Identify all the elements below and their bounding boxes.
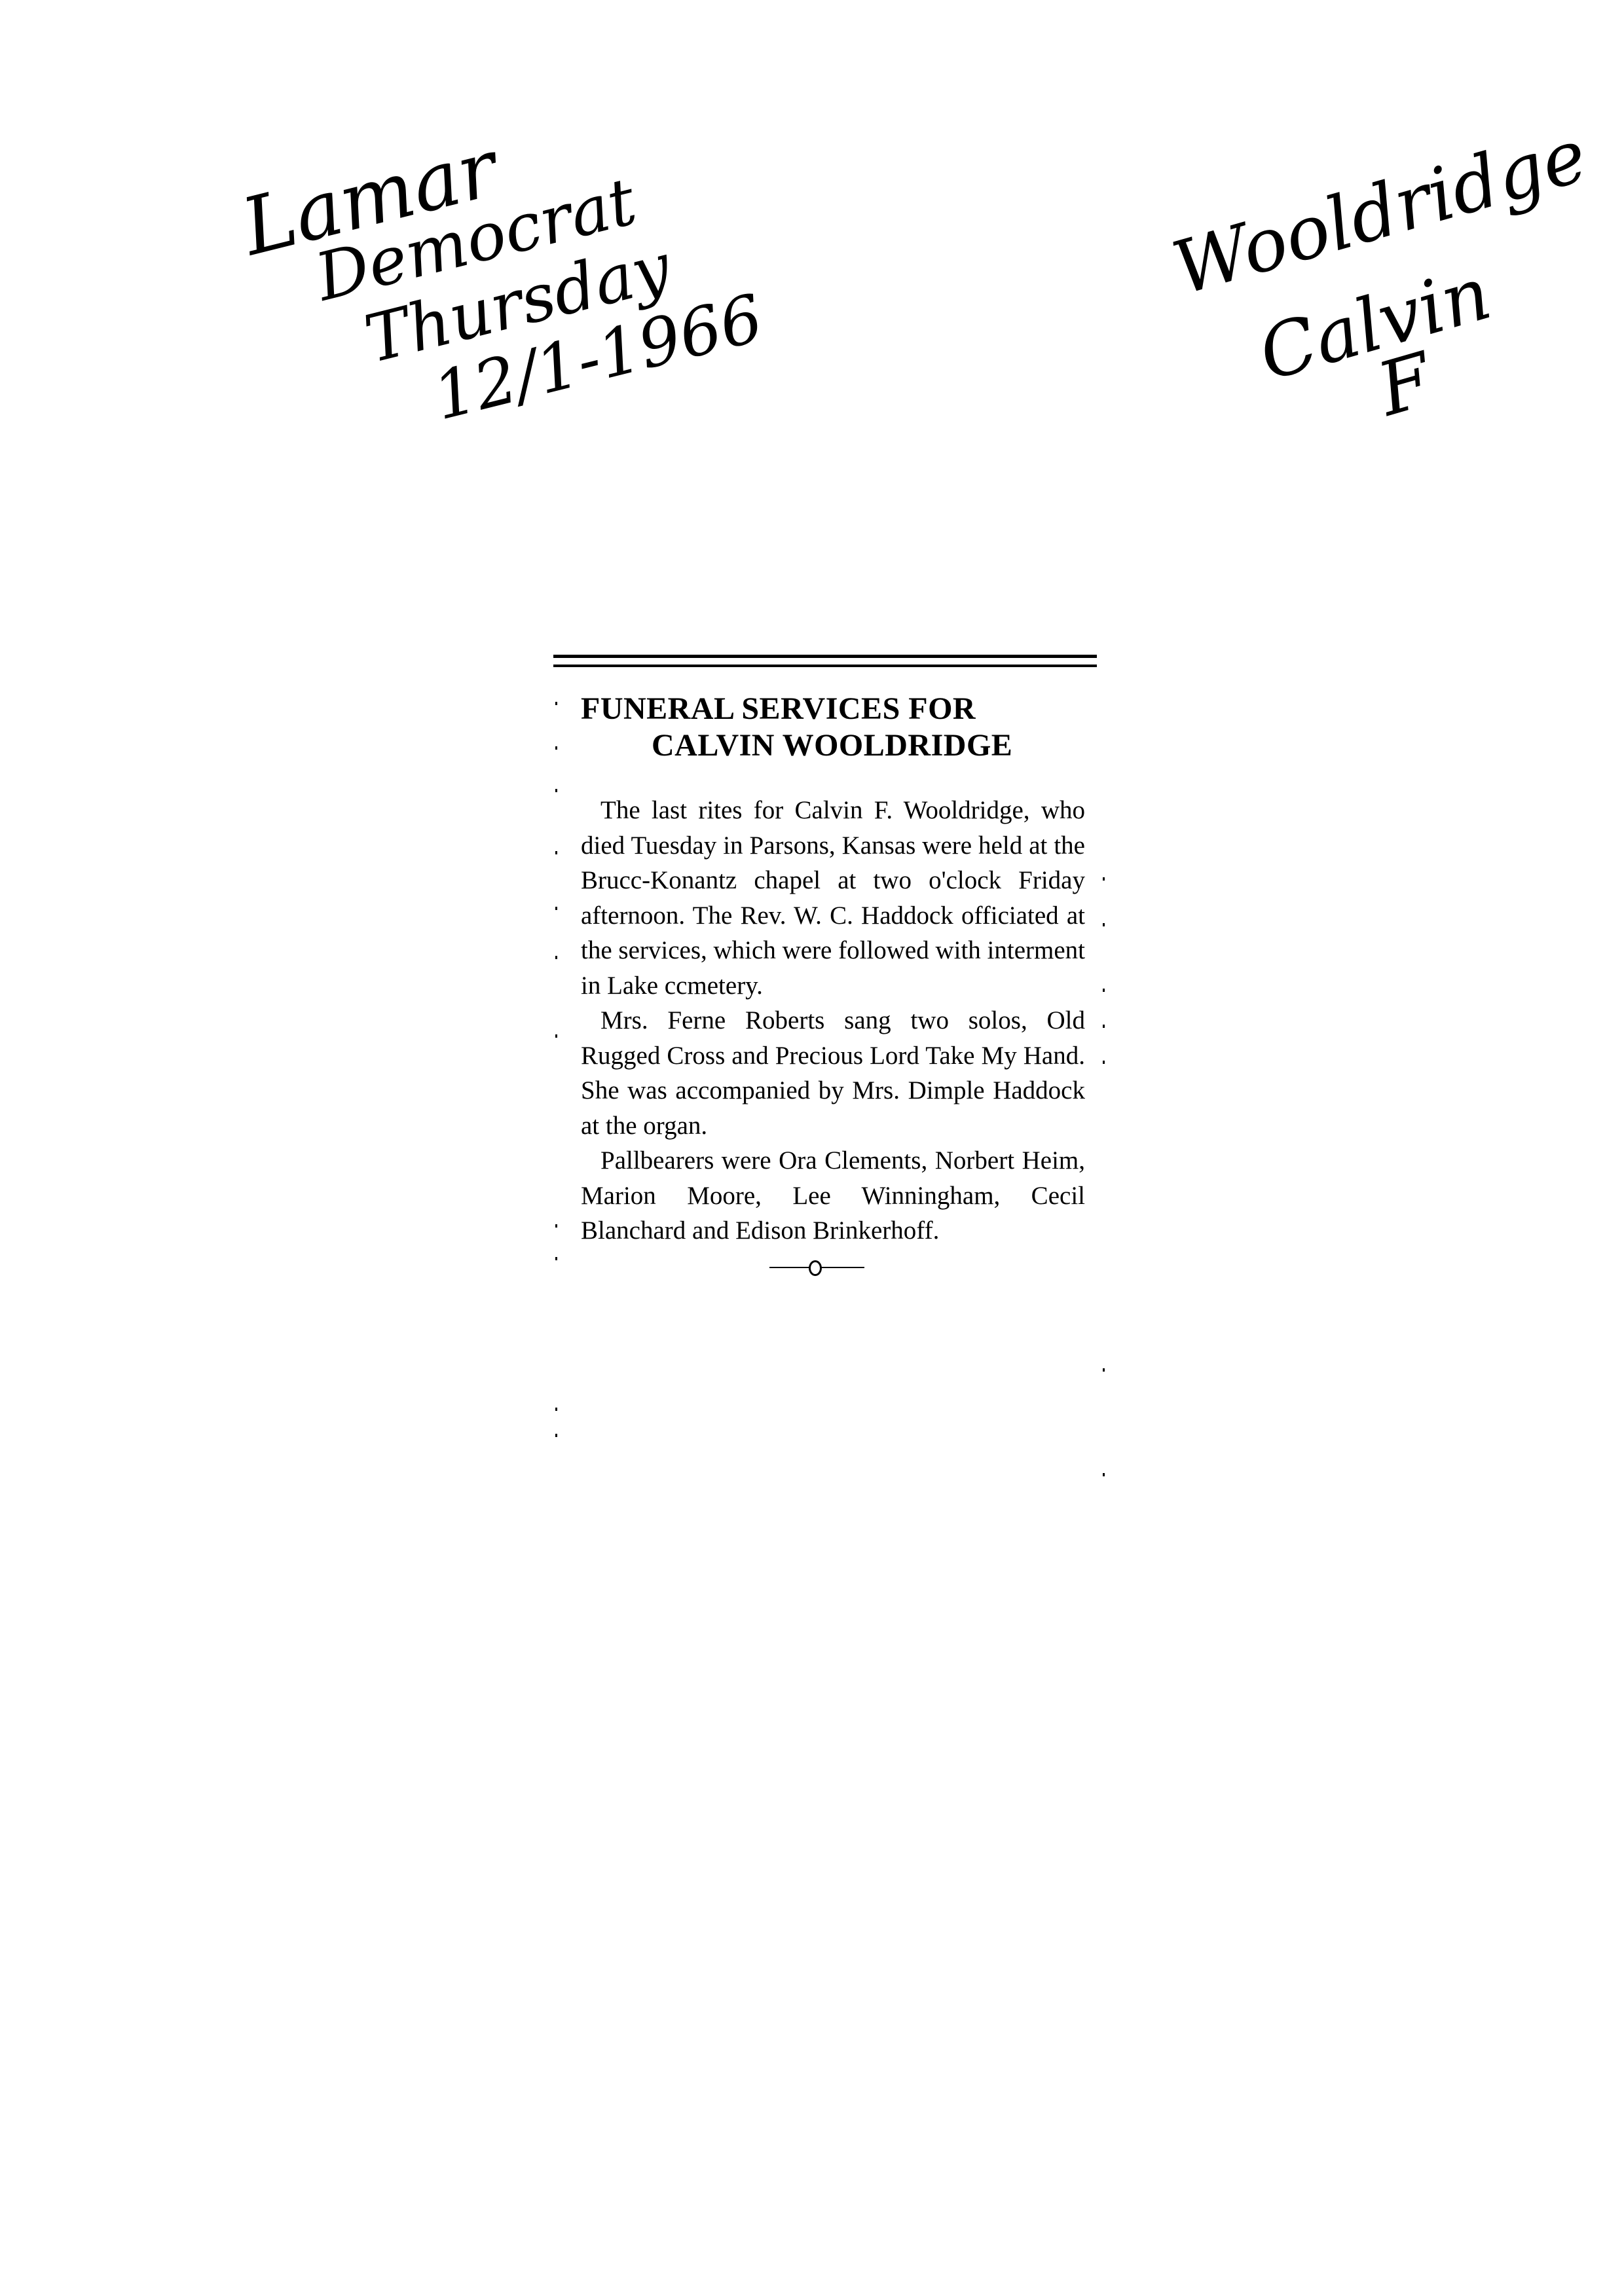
margin-speck	[555, 1034, 557, 1038]
margin-speck	[555, 956, 557, 959]
paragraph-pallbearers: Pallbearers were Ora Clements, Norbert H…	[581, 1143, 1085, 1248]
margin-speck	[1103, 877, 1105, 881]
top-rule-thick	[553, 655, 1097, 658]
end-of-article-mark	[769, 1259, 864, 1275]
headline: FUNERAL SERVICES FOR CALVIN WOOLDRIDGE	[553, 691, 1097, 764]
headline-line-1: FUNERAL SERVICES FOR	[553, 691, 1097, 727]
margin-speck	[555, 1434, 557, 1437]
top-rule-thin	[553, 665, 1097, 667]
handwritten-subject-note: Wooldridge Calvin F	[1166, 118, 1624, 472]
margin-speck	[1103, 923, 1105, 926]
margin-speck	[1103, 1368, 1105, 1372]
newspaper-clipping: FUNERAL SERVICES FOR CALVIN WOOLDRIDGE T…	[553, 655, 1097, 1275]
paragraph-music: Mrs. Ferne Roberts sang two solos, Old R…	[581, 1003, 1085, 1143]
margin-speck	[555, 1224, 557, 1228]
margin-speck	[555, 789, 557, 792]
margin-speck	[555, 851, 557, 854]
margin-speck	[1103, 1473, 1105, 1476]
margin-speck	[555, 702, 557, 705]
margin-speck	[555, 1408, 557, 1411]
margin-speck	[1103, 1061, 1105, 1064]
margin-speck	[1103, 1025, 1105, 1028]
handwritten-source-note: Lamar Democrat Thursday 12/1-1966	[216, 75, 769, 469]
margin-speck	[555, 1257, 557, 1260]
headline-line-2: CALVIN WOOLDRIDGE	[553, 727, 1097, 764]
article-body: The last rites for Calvin F. Wooldridge,…	[553, 793, 1097, 1248]
margin-speck	[1103, 989, 1105, 992]
margin-speck	[555, 746, 557, 750]
margin-speck	[555, 907, 557, 910]
paragraph-rites: The last rites for Calvin F. Wooldridge,…	[581, 793, 1085, 1003]
end-mark-circle	[809, 1260, 822, 1276]
